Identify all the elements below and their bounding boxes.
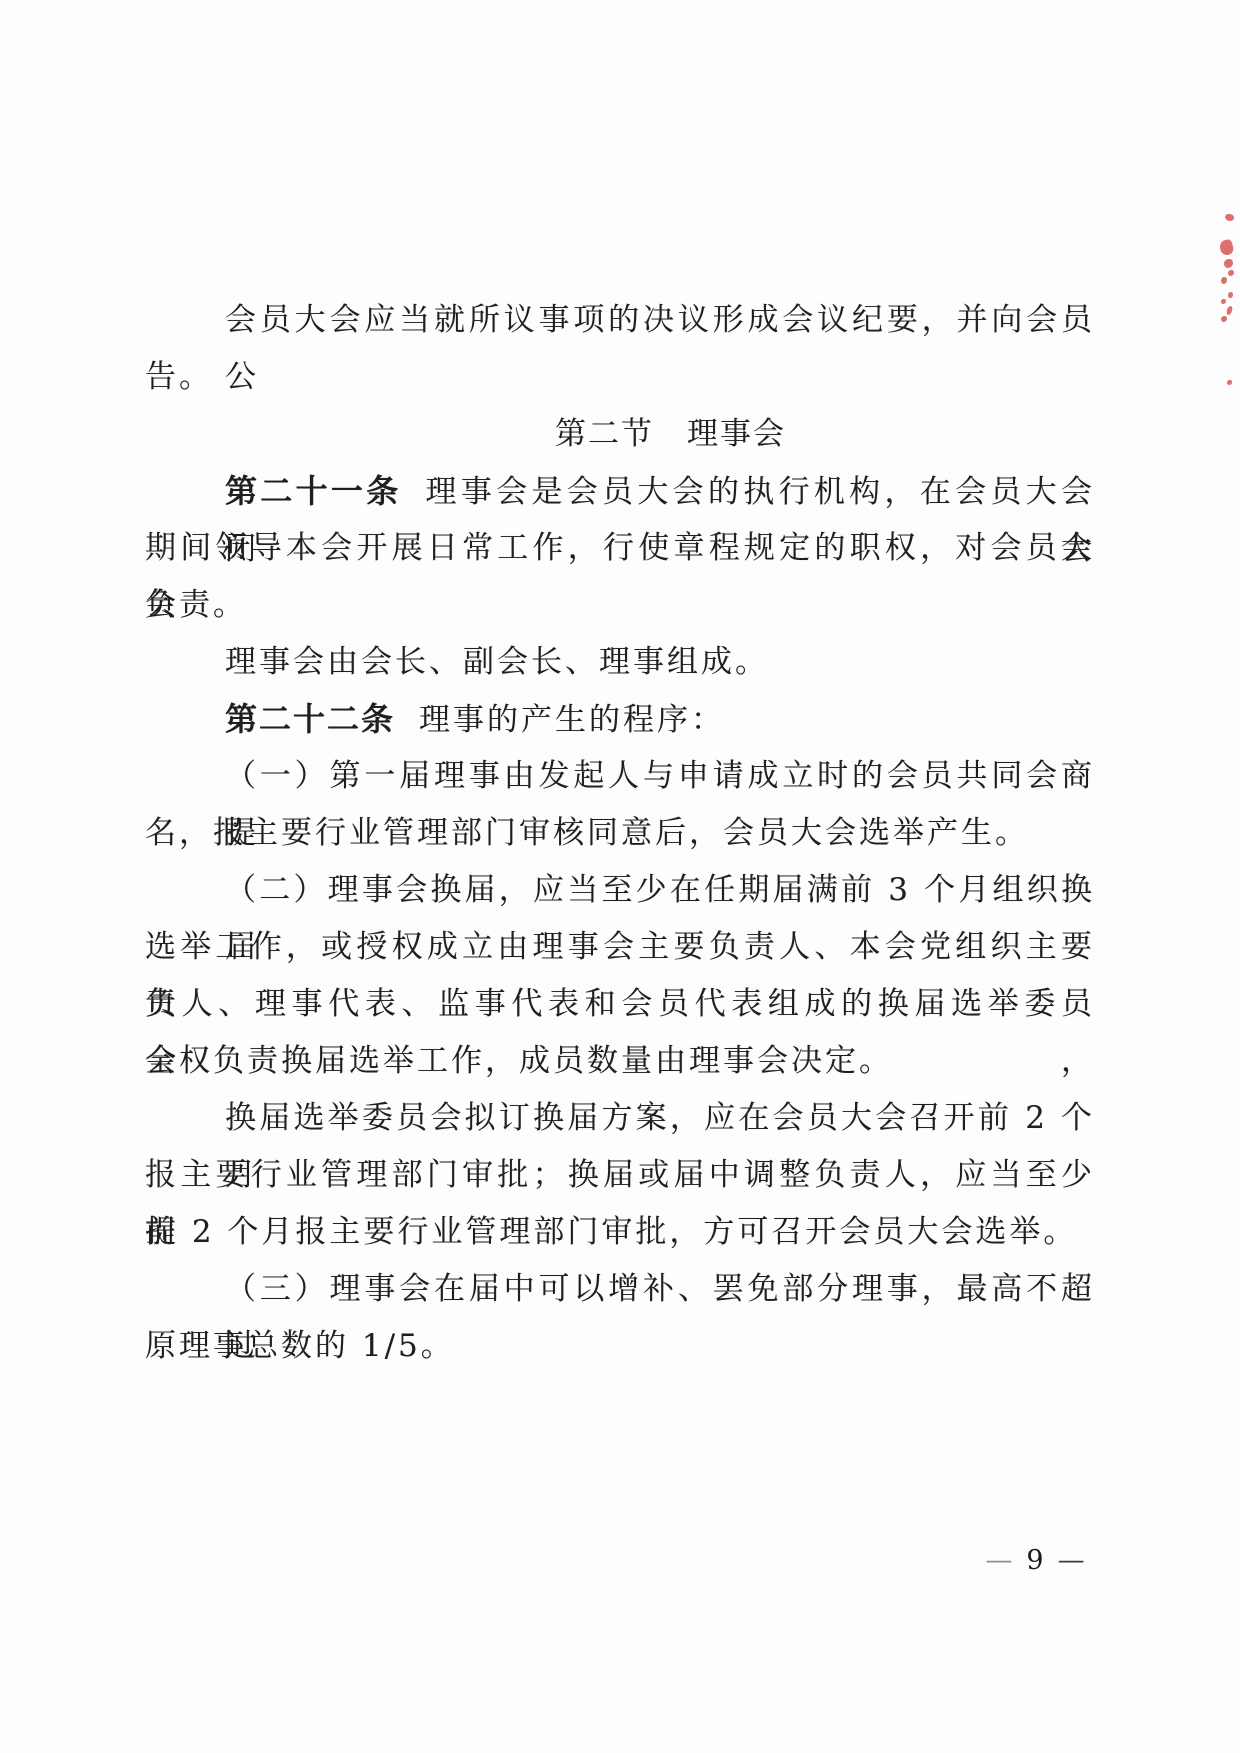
scan-artifact — [1228, 270, 1234, 276]
scan-artifact — [1221, 299, 1226, 304]
page-number-value: 9 — [1026, 1545, 1043, 1576]
document-line: 原理事总数的 1/5。 — [145, 1318, 1095, 1375]
scan-artifact — [1221, 316, 1227, 322]
scan-artifact — [1224, 259, 1233, 268]
page-number-dash-right: — — [1058, 1545, 1085, 1576]
document-page: 会员大会应当就所议事项的决议形成会议纪要，并向会员公 告。 第二节 理事会 第二… — [0, 0, 1240, 1753]
document-line: 理事会由会长、副会长、理事组成。 — [145, 634, 1095, 691]
document-line-article-21: 第二十一条理事会是会员大会的执行机构，在会员大会闭会 — [145, 463, 1095, 520]
document-line: 名，报主要行业管理部门审核同意后，会员大会选举产生。 — [145, 805, 1095, 862]
scan-artifact — [1218, 239, 1234, 257]
document-line: 告。 — [145, 349, 1095, 406]
document-line: （一）第一届理事由发起人与申请成立时的会员共同会商提 — [145, 748, 1095, 805]
document-line: （三）理事会在届中可以增补、罢免部分理事，最高不超过 — [145, 1261, 1095, 1318]
document-line: 前 2 个月报主要行业管理部门审批，方可召开会员大会选举。 — [145, 1204, 1095, 1261]
document-line: 选举工作，或授权成立由理事会主要负责人、本会党组织主要负 — [145, 919, 1095, 976]
scan-artifact — [1224, 213, 1235, 223]
scan-artifact — [1228, 292, 1233, 298]
scan-artifact — [1221, 277, 1227, 284]
document-line: 期间领导本会开展日常工作，行使章程规定的职权，对会员大会 — [145, 520, 1095, 577]
section-heading: 第二节 理事会 — [145, 406, 1095, 463]
document-text-block: 会员大会应当就所议事项的决议形成会议纪要，并向会员公 告。 第二节 理事会 第二… — [145, 292, 1095, 1375]
document-line: 报主要行业管理部门审批；换届或届中调整负责人，应当至少提 — [145, 1147, 1095, 1204]
document-line: 责人、理事代表、监事代表和会员代表组成的换届选举委员会， — [145, 976, 1095, 1033]
scan-artifact — [1227, 380, 1232, 385]
scan-artifact — [1226, 306, 1233, 316]
article-number: 第二十二条 — [225, 700, 395, 738]
document-line: 会员大会应当就所议事项的决议形成会议纪要，并向会员公 — [145, 292, 1095, 349]
article-text: 理事的产生的程序： — [419, 702, 725, 738]
page-number-dash-left: — — [985, 1545, 1012, 1576]
document-line: 换届选举委员会拟订换届方案，应在会员大会召开前 2 个月 — [145, 1090, 1095, 1147]
document-line: （二）理事会换届，应当至少在任期届满前 3 个月组织换届 — [145, 862, 1095, 919]
document-line: 负责。 — [145, 577, 1095, 634]
article-number: 第二十一条 — [225, 472, 402, 510]
document-line-article-22: 第二十二条理事的产生的程序： — [145, 691, 1095, 748]
page-number: — 9 — — [950, 1540, 1120, 1580]
